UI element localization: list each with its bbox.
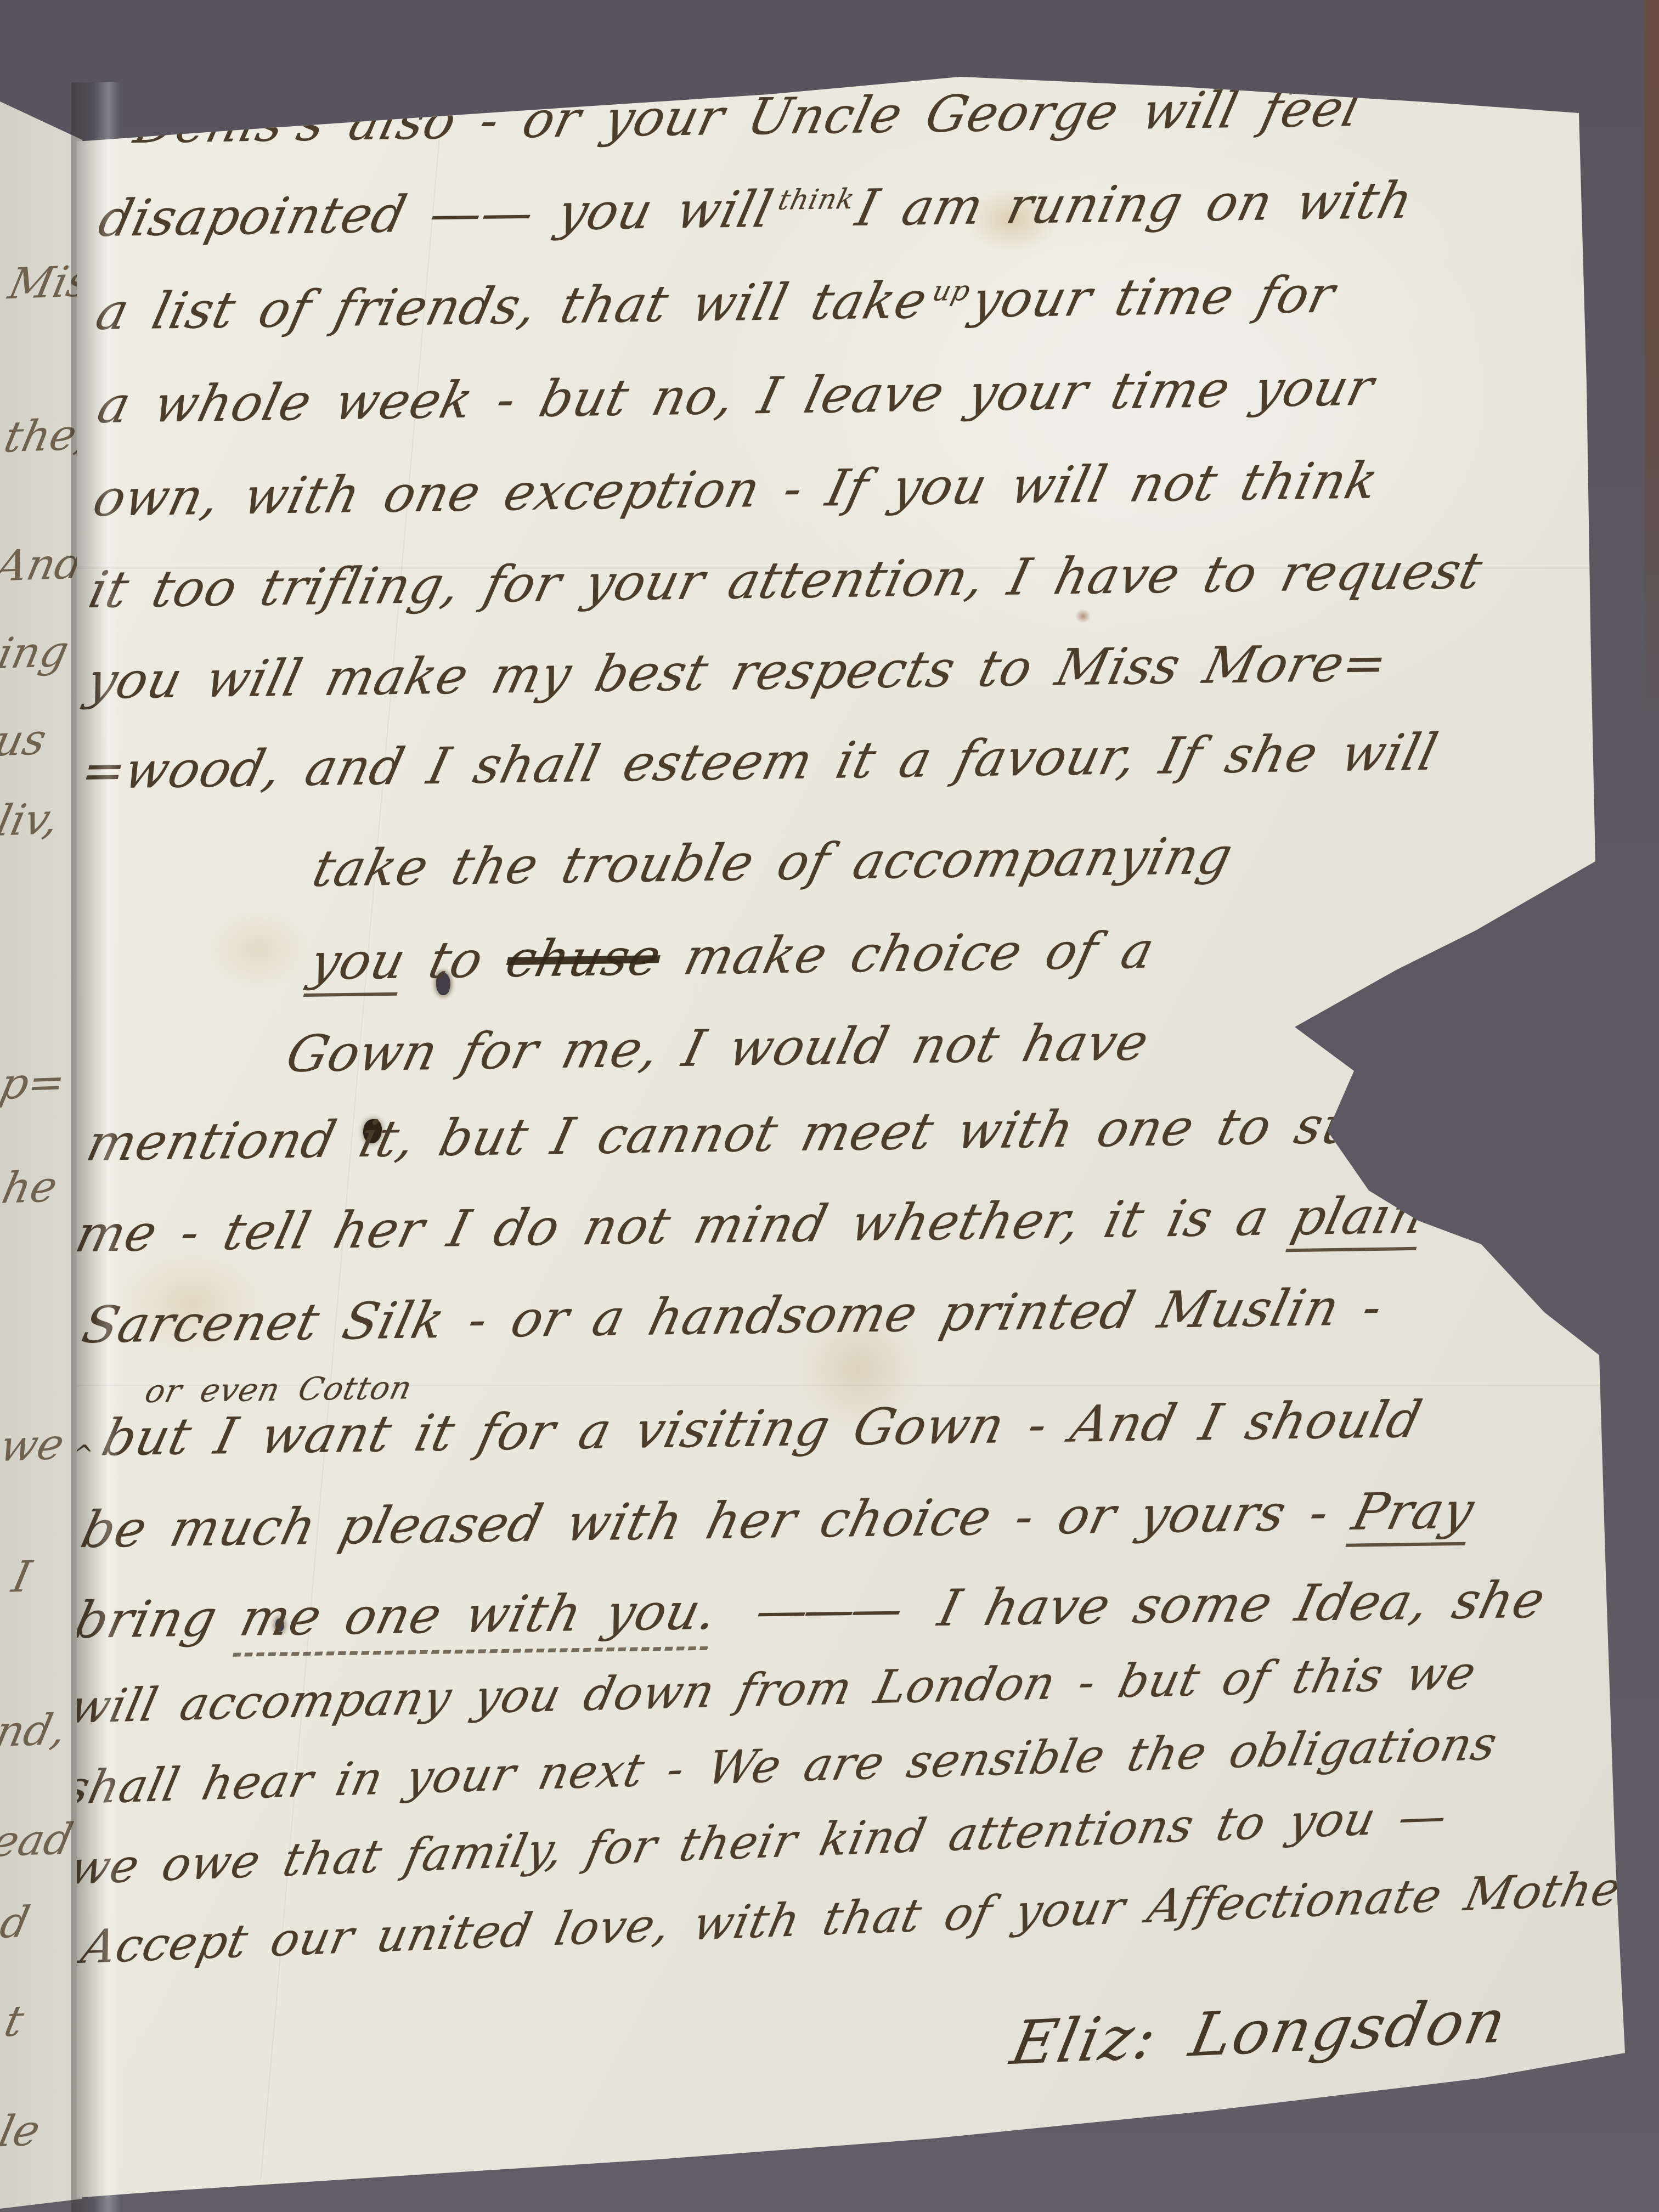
page-fragment: us — [0, 715, 50, 766]
letter-line: Gown for me, I would not have — [281, 1013, 1154, 1084]
underlined-word: Pray — [1346, 1481, 1480, 1547]
page-fragment: And — [0, 539, 88, 591]
page-fragment: p= — [0, 1058, 70, 1109]
line-text: disapointed —— you will — [93, 180, 778, 248]
page-fragment: nd, — [0, 1705, 71, 1757]
line-text: your time for — [966, 266, 1341, 329]
signature: Eliz: Longsdon — [1005, 1986, 1513, 2078]
line-text: I have some Idea, she — [933, 1571, 1551, 1638]
letter-line: Denis's also - or your Uncle George will… — [129, 79, 1367, 155]
line-text: be much pleased with her choice - or you… — [76, 1483, 1335, 1559]
struck-word: chuse — [501, 928, 667, 989]
page-fragment: I — [8, 1552, 35, 1602]
page-fragment: he — [0, 1162, 61, 1213]
page-fragment: t — [0, 1996, 28, 2046]
line-text: to — [424, 930, 489, 990]
long-dash: ——— — [751, 1579, 906, 1640]
page-fragment: liv, — [0, 794, 64, 846]
letter-photograph: Miss the, And ing us liv, p= he we I nd,… — [0, 0, 1659, 2212]
inserted-word: think — [775, 183, 859, 216]
underlined-phrase: me one with you. — [233, 1582, 724, 1657]
letter-line: disapointed —— you willthinkI am runing … — [93, 171, 1419, 248]
page-fragment: ing — [0, 627, 73, 679]
letter-line: you to chuse make choice of a — [304, 921, 1160, 991]
page-fragment: le — [0, 2106, 44, 2157]
letter-line: a whole week - but no, I leave your time… — [92, 358, 1380, 435]
line-text: bring — [69, 1589, 223, 1650]
letter-line: take the trouble of accompanying — [307, 827, 1238, 898]
stain — [1075, 609, 1091, 623]
stain — [208, 911, 307, 988]
letter-line: be much pleased with her choice - or you… — [76, 1481, 1480, 1559]
letter-line: me - tell her I do not mind whether, it … — [70, 1186, 1431, 1263]
page-fragment: we — [0, 1420, 69, 1471]
line-text: I am runing on with — [850, 171, 1419, 238]
underlined-word: plain — [1285, 1186, 1431, 1252]
interlinear-insertion: or even Cotton — [142, 1369, 416, 1410]
letter-line: Sarcenet Silk - or a handsome printed Mu… — [77, 1278, 1389, 1355]
letter-line: you will make my best respects to Miss M… — [81, 634, 1393, 710]
letter-line: it too trifling, for your attention, I h… — [83, 541, 1488, 619]
page-fragment: ead — [0, 1815, 77, 1867]
inserted-word: up — [929, 274, 974, 307]
table-edge — [1645, 0, 1659, 768]
letter-line: will accompany you down from London - bu… — [65, 1646, 1481, 1734]
line-text: make choice of a — [679, 921, 1160, 986]
letter-line: a list of friends, that will takeupyour … — [91, 266, 1341, 341]
line-text: a list of friends, that will take — [91, 271, 933, 341]
underlined-word: you — [303, 932, 412, 997]
letter-line: =wood, and I shall esteem it a favour, I… — [76, 723, 1443, 800]
line-text: me - tell her I do not mind whether, it … — [70, 1188, 1275, 1263]
page-fragment: d — [0, 1898, 34, 1948]
letter-page: Denis's also - or your Uncle George will… — [0, 0, 1659, 2212]
letter-line: own, with one exception - If you will no… — [88, 451, 1384, 528]
letter-line: bring me one with you. ——— I have some I… — [69, 1571, 1551, 1650]
letter-line: mentiond it, but I cannot meet with one … — [81, 1096, 1400, 1172]
